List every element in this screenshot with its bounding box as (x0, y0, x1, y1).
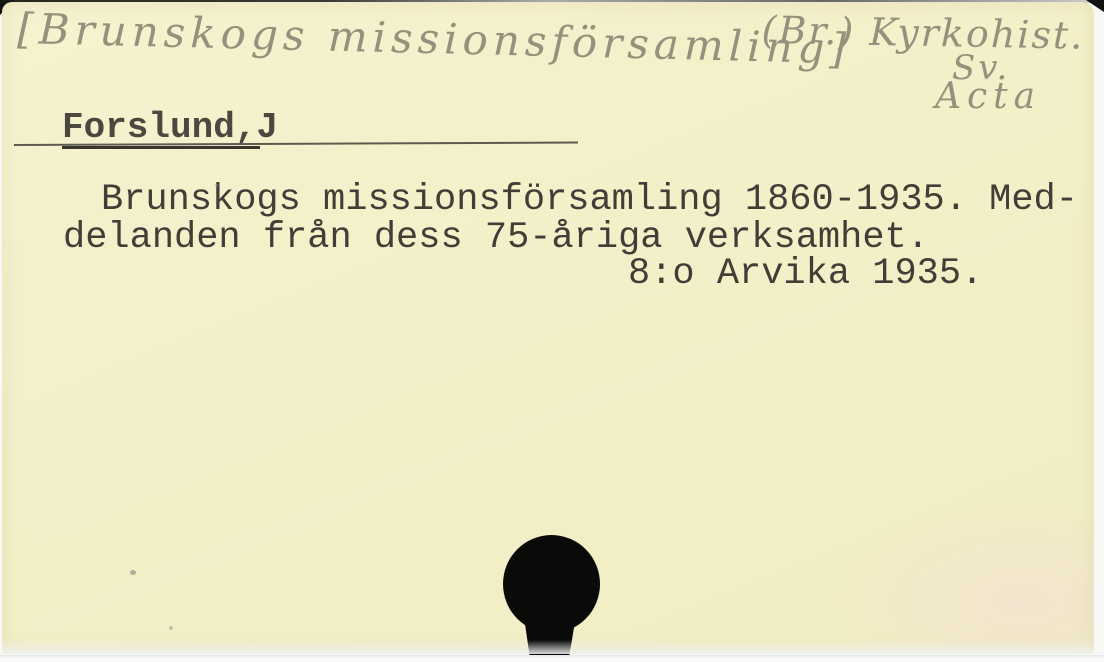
card-speck-mark (130, 570, 136, 575)
title-text-line-1: Brunskogs missionsförsamling 1860-1935. … (101, 179, 1078, 221)
card-bottom-edge-fade (2, 640, 1094, 654)
card-speck-mark (169, 626, 173, 630)
card-speck-mark (214, 184, 219, 187)
imprint-text-line: 8:o Arvika 1935. (628, 253, 983, 295)
heading-typed-underscore (62, 146, 260, 149)
scanned-catalog-card-image: [Brunskogs missionsförsamling] (Br.) Kyr… (0, 0, 1104, 662)
handwritten-subject-heading: [Brunskogs missionsförsamling] (17, 4, 852, 73)
author-heading: Forslund,J (62, 107, 278, 148)
handwritten-classification-acta: Acta (935, 76, 1041, 117)
catalog-card: [Brunskogs missionsförsamling] (Br.) Kyr… (2, 2, 1094, 654)
handwritten-classification-code: (Br.) Kyrkohist. (761, 8, 1084, 58)
scan-bottom-margin (0, 655, 1104, 662)
